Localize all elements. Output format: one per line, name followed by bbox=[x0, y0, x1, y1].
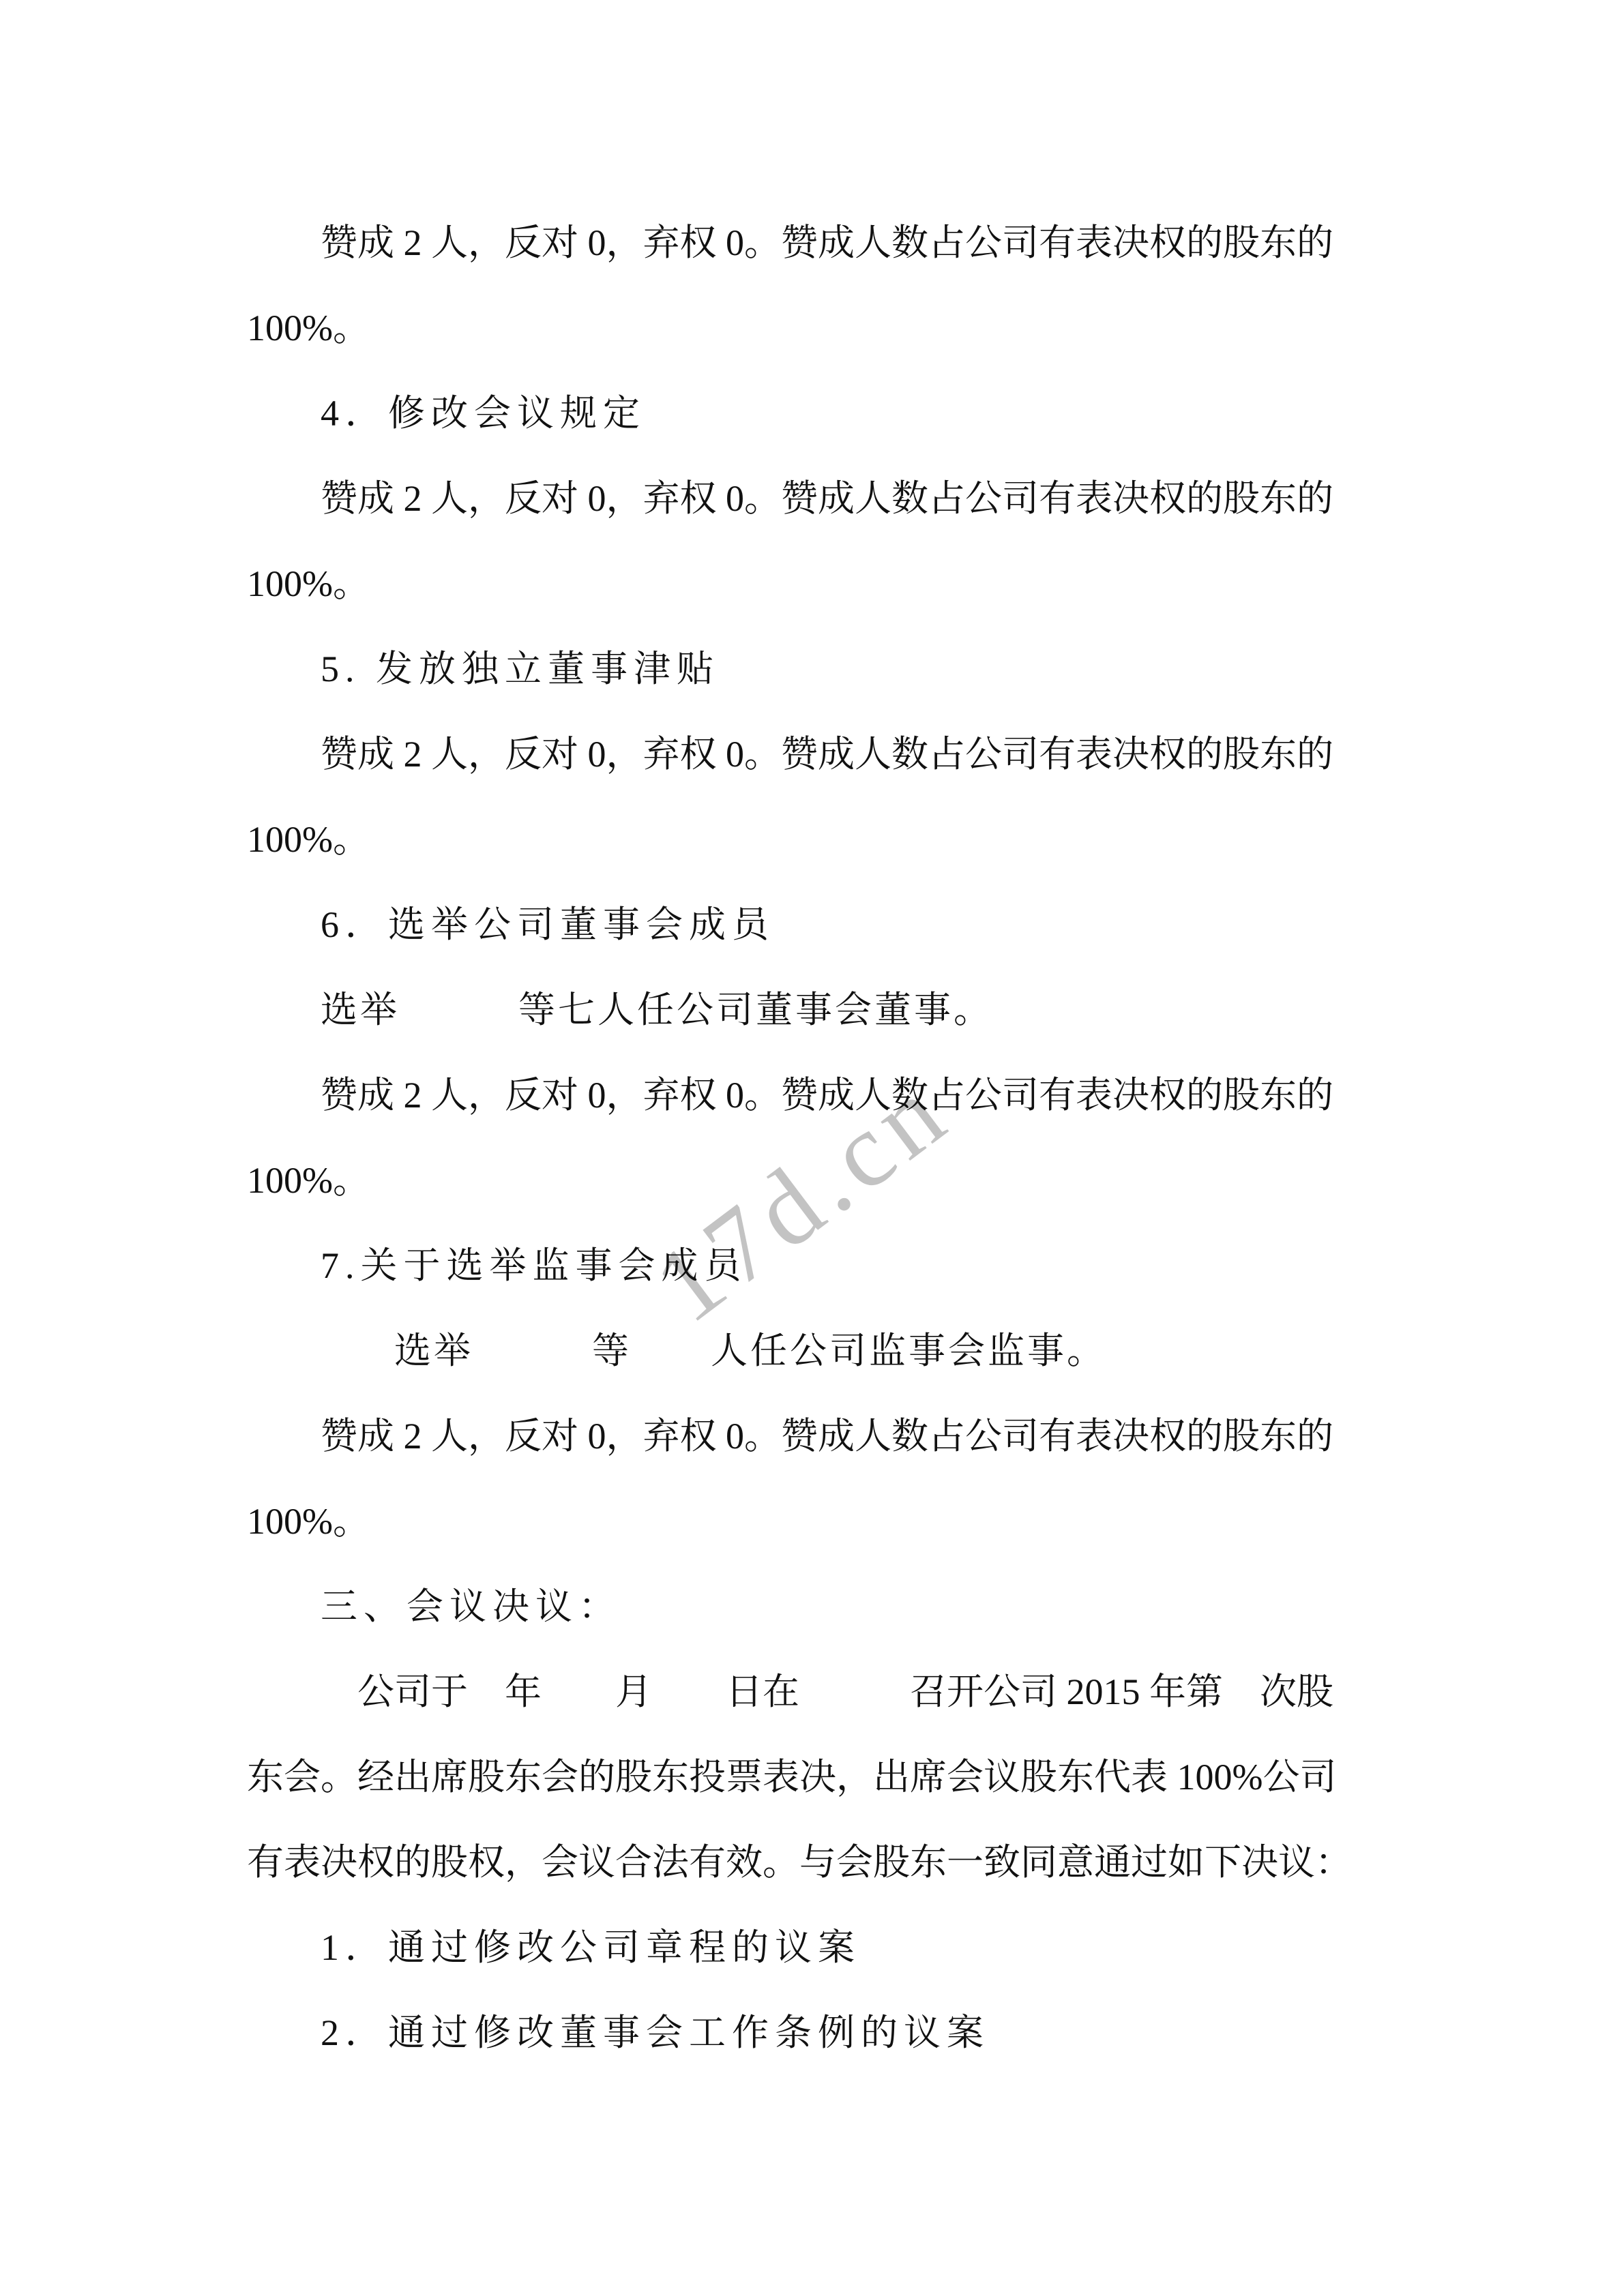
doc-line: 6．选举公司董事会成员 bbox=[247, 882, 1393, 968]
doc-line: 100%。 bbox=[247, 1479, 1393, 1564]
doc-line: 有表决权的股权，会议合法有效。与会股东一致同意通过如下决议： bbox=[247, 1820, 1393, 1905]
doc-line: 赞成 2 人，反对 0，弃权 0。赞成人数占公司有表决权的股东的 bbox=[247, 200, 1393, 286]
doc-line: 东会。经出席股东会的股东投票表决，出席会议股东代表 100%公司 bbox=[247, 1735, 1393, 1820]
document-text-block: 赞成 2 人，反对 0，弃权 0。赞成人数占公司有表决权的股东的100%。4．修… bbox=[247, 200, 1393, 2076]
doc-line: 4．修改会议规定 bbox=[247, 371, 1393, 456]
doc-line: 5. 发放独立董事津贴 bbox=[247, 627, 1393, 712]
doc-line: 选举 等七人任公司董事会董事。 bbox=[247, 968, 1393, 1053]
doc-line: 赞成 2 人，反对 0，弃权 0。赞成人数占公司有表决权的股东的 bbox=[247, 1053, 1393, 1138]
doc-line: 选举 等 人任公司监事会监事。 bbox=[247, 1309, 1393, 1394]
doc-line: 1．通过修改公司章程的议案 bbox=[247, 1905, 1393, 1991]
doc-line: 2．通过修改董事会工作条例的议案 bbox=[247, 1991, 1393, 2076]
doc-line: 7.关于选举监事会成员 bbox=[247, 1223, 1393, 1309]
doc-line: 三、会议决议： bbox=[247, 1564, 1393, 1650]
doc-line: 100%。 bbox=[247, 286, 1393, 371]
doc-line: 100%。 bbox=[247, 541, 1393, 627]
doc-line: 100%。 bbox=[247, 1138, 1393, 1223]
doc-line: 公司于 年 月 日在 召开公司 2015 年第 次股 bbox=[247, 1650, 1393, 1735]
doc-line: 赞成 2 人，反对 0，弃权 0。赞成人数占公司有表决权的股东的 bbox=[247, 456, 1393, 541]
doc-line: 赞成 2 人，反对 0，弃权 0。赞成人数占公司有表决权的股东的 bbox=[247, 712, 1393, 797]
doc-line: 赞成 2 人，反对 0，弃权 0。赞成人数占公司有表决权的股东的 bbox=[247, 1394, 1393, 1479]
doc-line: 100%。 bbox=[247, 797, 1393, 882]
document-page: 17d.cn 赞成 2 人，反对 0，弃权 0。赞成人数占公司有表决权的股东的1… bbox=[0, 0, 1624, 2296]
